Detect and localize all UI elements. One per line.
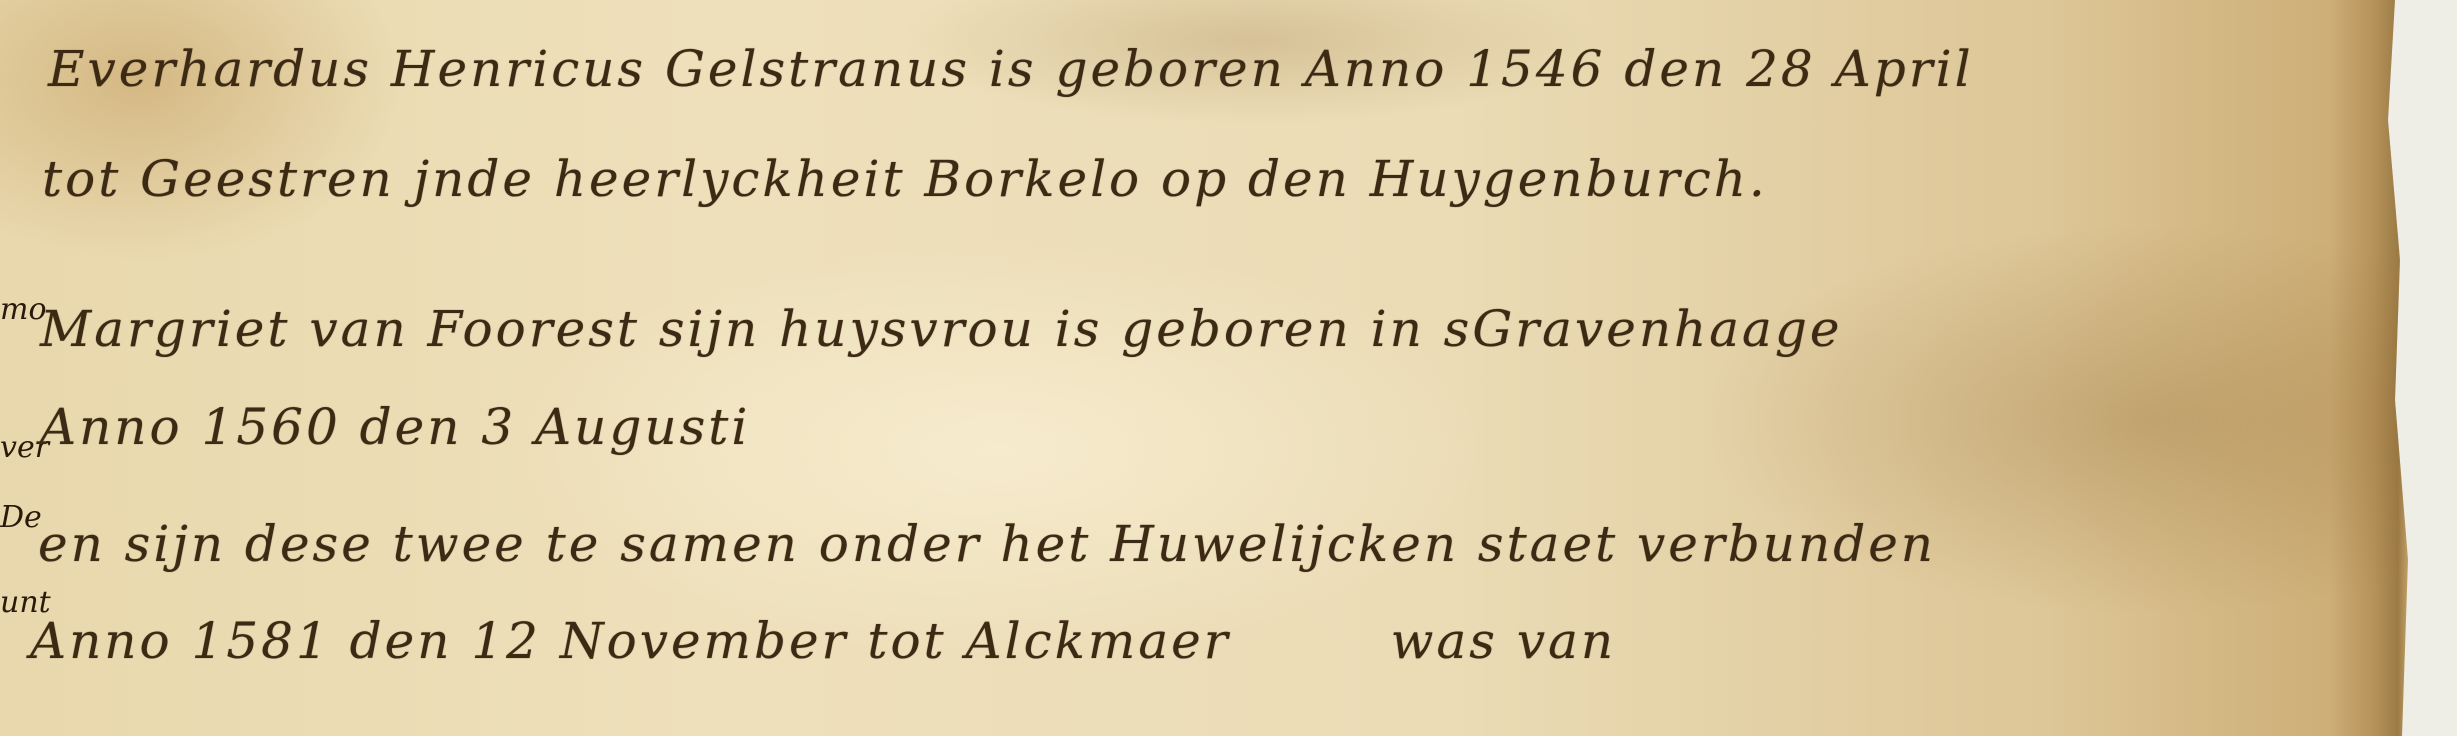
trailing-note: was van (1391, 612, 1616, 670)
margin-note: De (0, 500, 42, 535)
manuscript-line-3: Margriet van Foorest sijn huysvrou is ge… (40, 300, 1842, 358)
manuscript-line-5: en sijn dese twee te samen onder het Huw… (38, 515, 1936, 573)
manuscript-line-1: Everhardus Henricus Gelstranus is gebore… (48, 40, 1974, 98)
line-6-text: Anno 1581 den 12 November tot Alckmaer (30, 612, 1231, 670)
manuscript-line-6: Anno 1581 den 12 November tot Alckmaerwa… (30, 612, 1616, 670)
manuscript-line-2: tot Geestren jnde heerlyckheit Borkelo o… (42, 150, 1768, 208)
manuscript-line-4: Anno 1560 den 3 Augusti (40, 398, 750, 456)
parchment-edge (2330, 0, 2410, 736)
